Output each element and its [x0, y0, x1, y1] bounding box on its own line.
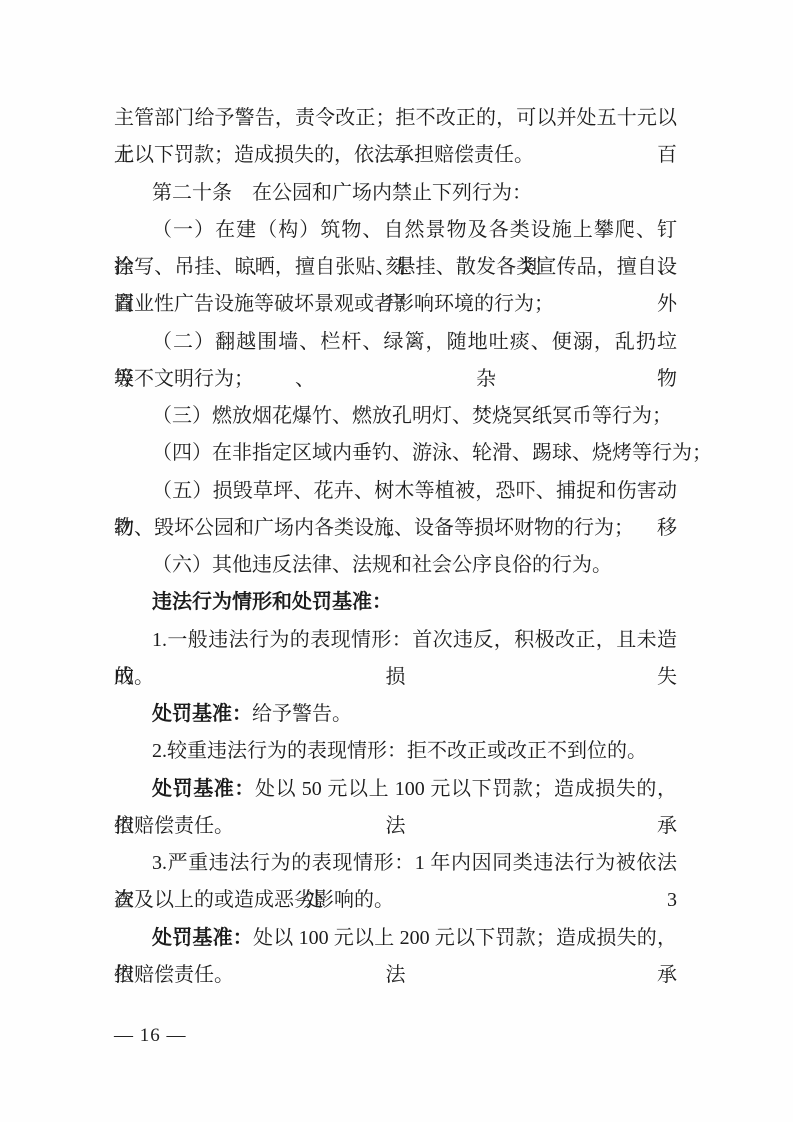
text-line: （三）燃放烟花爆竹、燃放孔明灯、焚烧冥纸冥币等行为；	[114, 398, 677, 435]
text-line: 动、毁坏公园和广场内各类设施、设备等损坏财物的行为；	[114, 510, 677, 547]
text-line: （五）损毁草坪、花卉、树木等植被，恐吓、捕捉和伤害动物，移	[114, 473, 677, 510]
line-text: 动、毁坏公园和广场内各类设施、设备等损坏财物的行为；	[114, 517, 634, 539]
penalty-standard-label: 处罚基准：	[152, 927, 253, 949]
article-20-heading: 第二十条 在公园和广场内禁止下列行为：	[114, 175, 677, 212]
line-text: 元以下罚款；造成损失的，依法承担赔偿责任。	[114, 144, 534, 166]
penalty-standard-label: 处罚基准：	[152, 703, 252, 725]
line-text: 1.一般违法行为的表现情形：首次违反，积极改正，且未造成损失	[114, 629, 677, 688]
text-line: 2.较重违法行为的表现情形：拒不改正或改正不到位的。	[114, 733, 677, 770]
text-line: （四）在非指定区域内垂钓、游泳、轮滑、踢球、烧烤等行为；	[114, 435, 677, 472]
section-heading: 违法行为情形和处罚基准：	[114, 584, 677, 621]
penalty-standard-line: 处罚基准：给予警告。	[114, 696, 677, 733]
text-line: 涂写、吊挂、晾晒，擅自张贴、悬挂、散发各类宣传品，擅自设置户外	[114, 249, 677, 286]
line-text: 第二十条 在公园和广场内禁止下列行为：	[152, 182, 532, 204]
document-text-block: 主管部门给予警告，责令改正；拒不改正的，可以并处五十元以上二百 元以下罚款；造成…	[114, 100, 677, 994]
penalty-standard-line: 处罚基准：处以 100 元以上 200 元以下罚款；造成损失的，依法承	[114, 920, 677, 957]
line-text: （六）其他违反法律、法规和社会公序良俗的行为。	[152, 554, 612, 576]
text-line: （一）在建（构）筑物、自然景物及各类设施上攀爬、钉拴、刻划、	[114, 212, 677, 249]
line-text: 给予警告。	[252, 703, 352, 725]
line-text: （四）在非指定区域内垂钓、游泳、轮滑、踢球、烧烤等行为；	[152, 442, 712, 464]
line-text: 担赔偿责任。	[114, 815, 234, 837]
text-line: 1.一般违法行为的表现情形：首次违反，积极改正，且未造成损失	[114, 622, 677, 659]
text-line: （二）翻越围墙、栏杆、绿篱，随地吐痰、便溺，乱扔垃圾、杂物	[114, 324, 677, 361]
line-text: （三）燃放烟花爆竹、燃放孔明灯、焚烧冥纸冥币等行为；	[152, 405, 672, 427]
text-line: 3.严重违法行为的表现情形：1 年内因同类违法行为被依法查处 3	[114, 845, 677, 882]
penalty-standard-label: 处罚基准：	[152, 778, 255, 800]
penalty-standard-line: 处罚基准：处以 50 元以上 100 元以下罚款；造成损失的，依法承	[114, 771, 677, 808]
line-text: 2.较重违法行为的表现情形：拒不改正或改正不到位的。	[152, 740, 647, 762]
page-number: — 16 —	[114, 1024, 187, 1048]
line-text: 担赔偿责任。	[114, 964, 234, 986]
text-line: 主管部门给予警告，责令改正；拒不改正的，可以并处五十元以上二百	[114, 100, 677, 137]
line-text: 违法行为情形和处罚基准：	[152, 591, 392, 613]
line-text: 等不文明行为；	[114, 368, 254, 390]
line-text: 的。	[114, 666, 154, 688]
text-line: （六）其他违反法律、法规和社会公序良俗的行为。	[114, 547, 677, 584]
line-text: 商业性广告设施等破坏景观或者影响环境的行为；	[114, 293, 554, 315]
line-text: 次及以上的或造成恶劣影响的。	[114, 889, 394, 911]
document-page: 主管部门给予警告，责令改正；拒不改正的，可以并处五十元以上二百 元以下罚款；造成…	[0, 0, 793, 1122]
